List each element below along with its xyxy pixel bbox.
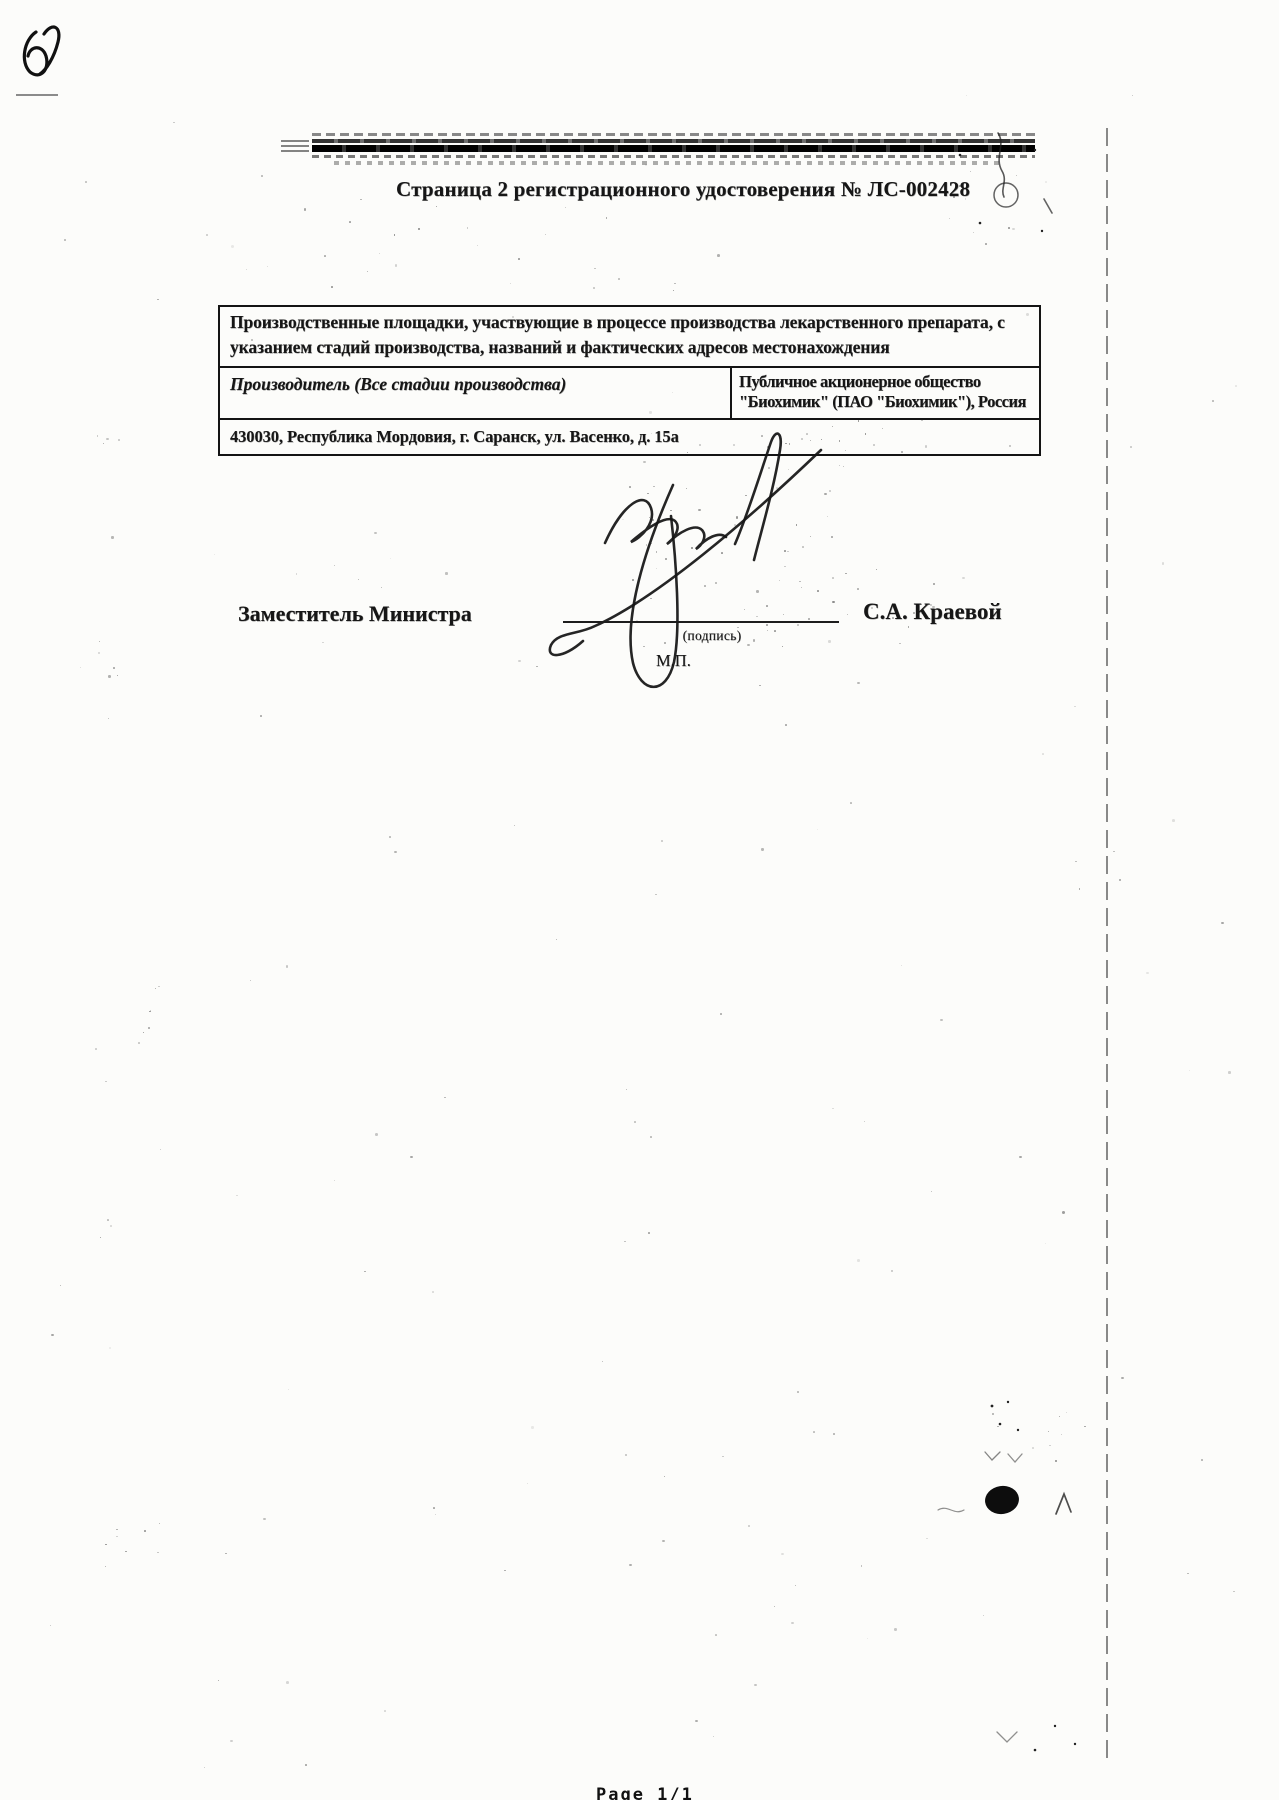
- scan-speck: [673, 290, 674, 291]
- scan-speck: [1062, 1211, 1065, 1214]
- scan-speck: [99, 641, 100, 642]
- scan-speck: [390, 558, 392, 559]
- scan-speck: [643, 646, 645, 648]
- scan-speck: [286, 1681, 289, 1684]
- scan-speck: [1187, 1573, 1189, 1575]
- manufacturer-value-cell: Публичное акционерное общество "Биохимик…: [732, 368, 1039, 418]
- scan-speck: [629, 1564, 631, 1566]
- scan-speck: [556, 939, 557, 940]
- scan-speck: [1061, 1434, 1062, 1435]
- scan-speck: [288, 1389, 289, 1390]
- scan-speck: [286, 965, 288, 967]
- scan-speck: [251, 339, 253, 341]
- scan-speck: [857, 682, 860, 685]
- scan-speck: [806, 433, 808, 435]
- scan-speck: [1019, 1156, 1022, 1158]
- scan-noise-stripe: [312, 133, 1035, 136]
- scan-speck: [261, 175, 263, 177]
- scan-edge-line: [1106, 128, 1108, 1758]
- signer-role-title: Заместитель Министра: [238, 601, 472, 627]
- scan-speck: [1162, 562, 1164, 564]
- scan-speck: [634, 1121, 636, 1123]
- scan-speck: [833, 621, 834, 622]
- scan-speck: [410, 1156, 412, 1158]
- scan-speck: [674, 283, 675, 284]
- scan-speck: [1228, 1071, 1231, 1073]
- scan-speck: [510, 283, 511, 284]
- address-cell: 430030, Республика Мордовия, г. Саранск,…: [220, 420, 1039, 454]
- scan-speck: [652, 519, 654, 521]
- scan-speck: [649, 411, 652, 413]
- scan-speck: [105, 1544, 107, 1546]
- scan-speck: [801, 438, 803, 440]
- scan-speck: [833, 1433, 835, 1435]
- scan-speck: [367, 271, 368, 272]
- scan-speck: [100, 1237, 101, 1238]
- scan-speck: [606, 217, 608, 219]
- scan-speck: [157, 299, 159, 300]
- scan-speck: [149, 1011, 151, 1012]
- scan-speck: [80, 667, 81, 668]
- scan-speck: [602, 1361, 603, 1362]
- scan-speck: [734, 524, 736, 526]
- scan-speck: [1189, 1070, 1190, 1071]
- scan-speck: [761, 848, 764, 850]
- scan-speck: [756, 590, 759, 592]
- scan-speck: [831, 536, 833, 538]
- scan-speck: [784, 566, 786, 568]
- scan-speck: [1045, 1243, 1046, 1244]
- scan-speck: [753, 639, 756, 641]
- scan-speck: [782, 646, 783, 647]
- scan-speck: [1119, 879, 1121, 880]
- table-row-manufacturer: Производитель (Все стадии производства) …: [220, 368, 1039, 420]
- scan-speck: [720, 1013, 722, 1015]
- scan-speck: [1172, 819, 1175, 822]
- scan-speck: [117, 675, 118, 676]
- scan-speck: [444, 1097, 446, 1098]
- scan-speck: [206, 234, 208, 236]
- scan-speck: [60, 1285, 61, 1286]
- scan-speck: [891, 1270, 892, 1271]
- scan-speck: [832, 426, 833, 427]
- scan-speck: [845, 450, 846, 451]
- table-header-cell: Производственные площадки, участвующие в…: [220, 307, 1039, 368]
- scan-speck: [467, 227, 469, 228]
- scan-speck: [246, 269, 247, 270]
- scan-speck: [230, 1740, 233, 1742]
- scan-speck: [962, 577, 964, 579]
- scan-speck: [103, 443, 104, 444]
- scan-speck: [1233, 1591, 1235, 1593]
- scan-speck: [267, 266, 268, 267]
- scan-speck: [64, 239, 66, 241]
- scan-speck: [364, 1271, 365, 1272]
- scan-speck: [394, 851, 397, 853]
- scan-speck: [231, 245, 234, 248]
- scan-speck: [808, 618, 810, 620]
- scan-speck: [676, 141, 677, 142]
- scan-speck: [733, 444, 735, 446]
- scan-speck: [1212, 400, 1214, 402]
- scan-speck: [983, 1615, 984, 1616]
- scan-speck: [661, 840, 663, 842]
- scan-speck: [795, 1585, 797, 1586]
- scan-speck: [651, 543, 652, 544]
- scan-speck: [436, 206, 437, 207]
- handwritten-mark-icon: [12, 18, 64, 96]
- scan-speck: [665, 558, 667, 560]
- scan-speck: [653, 486, 655, 487]
- page-footer: Page 1/1: [596, 1785, 694, 1800]
- scan-speck: [788, 469, 789, 470]
- scan-speck: [776, 487, 778, 489]
- scan-speck: [766, 624, 769, 626]
- scan-speck: [817, 590, 819, 592]
- scan-speck: [159, 1523, 160, 1524]
- scan-speck: [1084, 1426, 1086, 1428]
- scan-speck: [237, 382, 239, 384]
- scan-speck: [935, 611, 936, 612]
- scan-speck: [111, 536, 113, 538]
- scan-speck: [931, 1191, 932, 1192]
- scan-speck: [435, 1514, 436, 1515]
- scan-speck: [218, 1680, 219, 1681]
- scan-speck: [797, 624, 799, 626]
- scan-speck: [108, 718, 109, 719]
- scan-speck: [395, 264, 397, 266]
- document-page: Страница 2 регистрационного удостоверени…: [0, 0, 1279, 1800]
- scan-speck: [594, 268, 595, 269]
- scan-speck: [646, 544, 648, 546]
- scan-speck: [648, 1232, 650, 1234]
- scan-speck: [143, 1032, 144, 1033]
- scan-speck: [722, 1456, 723, 1457]
- scan-speck: [1235, 385, 1237, 387]
- scan-speck: [624, 1241, 626, 1243]
- scan-speck: [766, 605, 768, 607]
- scan-speck: [1075, 861, 1076, 862]
- scan-speck: [98, 652, 100, 653]
- scan-speck: [155, 988, 157, 989]
- scan-speck: [783, 614, 784, 615]
- scan-speck: [381, 587, 382, 588]
- scan-speck: [173, 122, 175, 123]
- scan-speck: [933, 583, 934, 584]
- scan-speck: [796, 524, 797, 525]
- scan-speck: [324, 255, 326, 257]
- scan-noise-stripe: [334, 161, 999, 165]
- signature-line: [563, 621, 839, 623]
- scan-speck: [1146, 972, 1148, 974]
- scan-speck: [754, 1684, 757, 1686]
- scan-speck: [910, 180, 911, 181]
- scan-speck: [768, 467, 770, 469]
- scan-speck: [204, 1767, 205, 1768]
- scan-speck: [375, 1133, 378, 1136]
- signature-autograph: [505, 428, 835, 718]
- scan-speck: [1132, 95, 1133, 96]
- scan-speck: [1055, 1460, 1057, 1461]
- scan-speck: [650, 594, 651, 595]
- scan-speck: [125, 1551, 126, 1552]
- scan-speck: [1130, 446, 1132, 448]
- scan-speck: [1049, 1445, 1050, 1446]
- scan-speck: [784, 550, 786, 552]
- scan-speck: [334, 1180, 335, 1181]
- scan-speck: [908, 626, 910, 628]
- scan-speck: [926, 1538, 928, 1540]
- scan-speck: [670, 510, 672, 511]
- scan-speck: [707, 642, 709, 644]
- scan-speck: [1121, 1377, 1123, 1379]
- scan-speck: [158, 986, 160, 988]
- scan-speck: [647, 493, 648, 494]
- signature-caption: (подпись): [652, 628, 772, 644]
- scan-speck: [95, 1048, 97, 1050]
- scan-speck: [593, 287, 595, 289]
- scan-speck: [791, 1622, 794, 1624]
- scan-speck: [417, 305, 418, 306]
- scan-speck: [843, 466, 844, 467]
- scan-speck: [857, 1259, 860, 1262]
- scan-speck: [110, 1225, 112, 1227]
- scan-speck: [691, 547, 692, 548]
- scan-speck: [527, 1483, 529, 1484]
- scan-speck: [650, 598, 651, 599]
- scan-speck: [531, 1426, 533, 1428]
- page-title: Страница 2 регистрационного удостоверени…: [396, 177, 970, 202]
- scan-speck: [1079, 888, 1080, 889]
- scan-speck: [801, 587, 802, 588]
- scan-noise-stripe: [312, 155, 1035, 158]
- scan-speck: [876, 569, 877, 570]
- scan-speck: [1009, 445, 1011, 446]
- scan-speck: [966, 95, 967, 96]
- scan-speck: [899, 643, 901, 645]
- scan-speck: [932, 621, 934, 623]
- scan-speck: [305, 1764, 307, 1766]
- manufacturer-label-cell: Производитель (Все стадии производства): [220, 368, 732, 418]
- scan-speck: [748, 1525, 750, 1527]
- scan-speck: [736, 516, 738, 518]
- scan-speck: [160, 1149, 161, 1150]
- scan-speck: [839, 465, 840, 466]
- scan-speck: [105, 1081, 107, 1083]
- scan-speck: [629, 486, 631, 488]
- scan-speck: [109, 1347, 111, 1349]
- scan-speck: [861, 1565, 862, 1566]
- scan-speck: [269, 616, 271, 618]
- scan-speck: [1221, 922, 1224, 924]
- scan-speck: [821, 439, 822, 440]
- scan-speck: [871, 607, 873, 609]
- scan-speck: [832, 577, 834, 579]
- scan-speck: [715, 1634, 717, 1636]
- scan-speck: [695, 1720, 698, 1723]
- scan-speck: [1045, 181, 1047, 183]
- scan-speck: [901, 965, 902, 966]
- scan-noise-stub: [281, 140, 309, 153]
- scan-speck: [504, 1570, 505, 1571]
- scan-speck: [867, 1638, 868, 1639]
- scan-speck: [650, 1136, 652, 1138]
- scan-speck: [349, 221, 351, 223]
- production-sites-table: Производственные площадки, участвующие в…: [218, 305, 1041, 456]
- scan-speck: [827, 516, 828, 517]
- scan-speck: [932, 606, 934, 608]
- scan-speck: [491, 438, 494, 440]
- scan-speck: [756, 616, 757, 617]
- scan-speck: [779, 580, 780, 581]
- scan-speck: [774, 630, 776, 632]
- scan-speck: [828, 640, 830, 642]
- scan-speck: [901, 451, 903, 453]
- scan-speck: [263, 1518, 266, 1521]
- scan-speck: [260, 715, 262, 717]
- scan-speck: [845, 573, 846, 574]
- scan-speck: [107, 1219, 109, 1221]
- scan-speck: [394, 234, 395, 235]
- scan-speck: [664, 642, 665, 643]
- scan-speck: [418, 228, 420, 229]
- scan-speck: [97, 435, 99, 437]
- scan-speck: [518, 660, 521, 662]
- scan-speck: [839, 440, 841, 441]
- scan-speck: [536, 666, 538, 668]
- scan-speck: [882, 428, 883, 429]
- scan-speck: [118, 439, 120, 441]
- scan-speck: [636, 620, 639, 622]
- scan-speck: [105, 1566, 106, 1567]
- scan-speck: [894, 1628, 897, 1630]
- scan-speck: [829, 490, 831, 492]
- scan-speck: [148, 1027, 150, 1029]
- scan-speck: [108, 675, 110, 677]
- scan-speck: [518, 258, 520, 260]
- scan-speck: [759, 685, 761, 687]
- scan-speck: [1201, 1459, 1204, 1462]
- scan-speck: [645, 164, 647, 166]
- scan-speck: [813, 1431, 815, 1433]
- scan-speck: [664, 1476, 665, 1477]
- scan-speck: [643, 461, 645, 463]
- scan-speck: [622, 519, 624, 521]
- scan-speck: [618, 278, 620, 280]
- scan-speck: [1074, 706, 1076, 708]
- scan-speck: [389, 836, 391, 838]
- handwritten-underline: [16, 94, 58, 96]
- scan-speck: [250, 980, 251, 981]
- scan-speck: [626, 1089, 627, 1090]
- scan-speck: [106, 438, 108, 440]
- scan-speck: [1016, 175, 1017, 176]
- scan-speck: [802, 546, 804, 548]
- scan-speck: [138, 1042, 140, 1044]
- scan-speck: [379, 253, 380, 254]
- scan-speck: [236, 1195, 238, 1196]
- scan-speck: [651, 433, 652, 434]
- scan-speck: [374, 532, 376, 534]
- scan-speck: [747, 644, 749, 646]
- scan-speck: [157, 1552, 159, 1553]
- scan-noise-band: [312, 133, 1035, 171]
- scan-speck: [745, 495, 747, 497]
- scan-speck: [1113, 851, 1114, 852]
- scan-speck: [1042, 753, 1044, 755]
- scan-speck: [662, 1540, 665, 1543]
- scan-speck: [384, 1710, 386, 1712]
- scan-speck: [632, 579, 634, 581]
- scan-speck: [824, 493, 826, 495]
- scan-speck: [432, 1291, 434, 1293]
- scan-speck: [545, 234, 546, 235]
- scan-speck: [992, 1413, 993, 1414]
- scan-speck: [850, 802, 852, 804]
- scan-speck: [214, 554, 215, 555]
- scan-speck: [781, 1553, 783, 1555]
- scan-speck: [514, 825, 516, 827]
- scan-speck: [116, 1536, 118, 1537]
- scan-marks-bottom-center: [985, 1700, 1105, 1770]
- scan-noise-stripe: [312, 139, 1035, 143]
- scan-speck: [713, 1736, 714, 1737]
- scan-speck: [857, 588, 859, 590]
- scan-speck: [322, 642, 323, 643]
- scan-speck: [822, 455, 823, 456]
- scan-speck: [85, 181, 87, 183]
- scan-speck: [358, 579, 359, 580]
- scan-speck: [51, 1334, 53, 1336]
- scan-speck: [704, 585, 706, 587]
- scan-speck: [686, 488, 687, 489]
- scan-speck: [797, 1391, 799, 1393]
- scan-speck: [625, 1454, 627, 1455]
- scan-speck: [973, 232, 974, 233]
- scan-speck: [913, 612, 915, 614]
- scan-speck: [304, 208, 307, 210]
- scan-speck: [331, 286, 333, 288]
- scan-speck: [655, 894, 657, 896]
- scan-speck: [550, 653, 551, 654]
- scan-speck: [144, 1530, 146, 1532]
- scan-speck: [721, 552, 723, 554]
- scan-speck: [334, 565, 335, 566]
- scan-speck: [296, 573, 298, 575]
- scan-marks-bottom-right: [930, 1390, 1080, 1550]
- scan-speck: [656, 551, 658, 552]
- scan-speck: [817, 829, 818, 830]
- scan-speck: [785, 724, 787, 726]
- scan-speck: [715, 582, 717, 584]
- scan-noise-stripe: [312, 145, 1035, 152]
- scan-speck: [832, 601, 834, 603]
- scan-speck: [785, 443, 786, 444]
- scan-speck: [774, 1606, 775, 1607]
- scan-speck: [787, 551, 788, 552]
- scan-speck: [864, 1121, 865, 1122]
- scan-speck: [477, 245, 478, 246]
- scan-speck: [656, 568, 657, 569]
- scan-speck: [832, 1108, 834, 1110]
- scan-speck: [847, 614, 848, 615]
- scan-speck: [810, 536, 811, 537]
- scan-speck: [744, 609, 746, 610]
- scan-speck: [50, 1625, 51, 1626]
- scan-speck: [565, 207, 566, 208]
- scan-speck: [940, 1019, 942, 1021]
- scan-speck: [717, 254, 720, 257]
